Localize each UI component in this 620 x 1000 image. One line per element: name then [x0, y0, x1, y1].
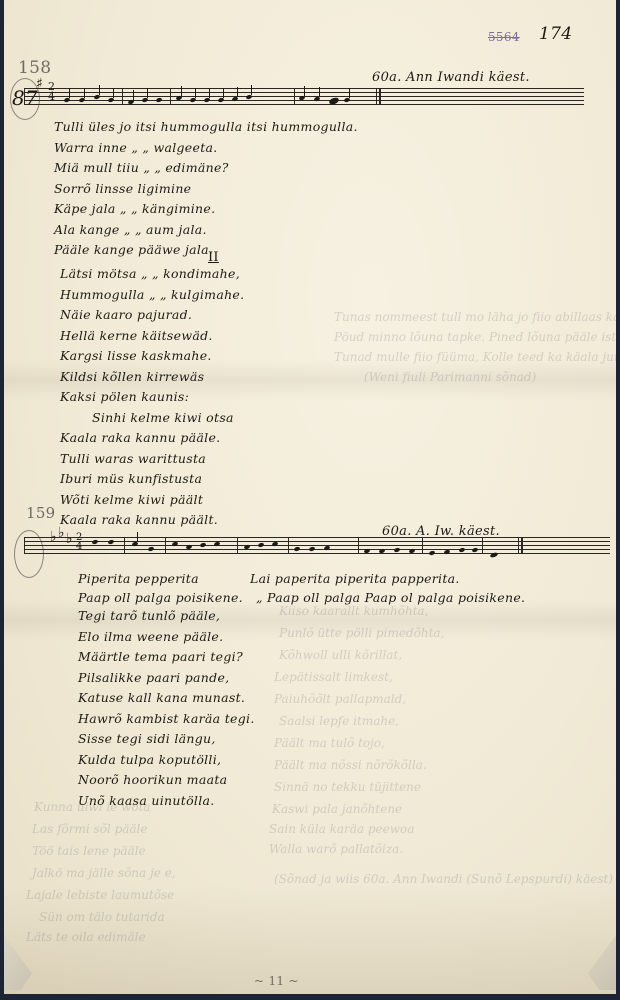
- archive-stamp: 5564: [488, 30, 520, 44]
- refrain-left: Piperita pepperita: [78, 571, 199, 586]
- reverse-side-text: Kaswi pala janõhtene: [272, 802, 402, 816]
- reverse-side-text: Lepätissalt limkest,: [274, 670, 393, 684]
- verse-line: Kildsi kõllen kirrewäs: [60, 367, 244, 388]
- verse-line: Hummogulla „ „ kulgimahe.: [60, 285, 244, 306]
- reverse-side-text: (Weni fiuli Parimanni sõnad): [364, 370, 536, 384]
- reverse-side-text: Las fõrmi sõl pääle: [32, 822, 148, 836]
- bottom-mark: ~ 11 ~: [254, 974, 299, 988]
- verse-line: Määrtle tema paari tegi?: [78, 647, 255, 668]
- archive-number: 158: [18, 58, 51, 78]
- flat-icon: ♭: [50, 529, 57, 545]
- verse-line: Sisse tegi sidi längu,: [78, 729, 255, 750]
- manuscript-page: Tunas nommeest tull mo läha jo fiio abil…: [4, 0, 616, 994]
- verse-line: Paap oll palga poisikene.: [78, 590, 243, 605]
- reverse-side-text: Jalkö ma jälle sõna je e,: [32, 866, 176, 880]
- verse-line: Hellä kerne käitsewäd.: [60, 326, 244, 347]
- verse-line: Katuse kall kana munast.: [78, 688, 255, 709]
- song1-verses-part1: Tulli üles jo itsi hummogulla itsi hummo…: [54, 117, 358, 261]
- verse-line: Tegi tarõ tunlõ pääle,: [78, 606, 255, 627]
- verse-line: Miä mull tiiu „ „ edimäne?: [54, 158, 358, 179]
- verse-line: Iburi müs kunfistusta: [60, 469, 244, 490]
- reverse-side-text: Paiuhõõlt pallapmald,: [274, 692, 406, 706]
- music-staff-1: ♯ 24: [24, 88, 584, 105]
- verse-line: Pääle kange pääwe jala.: [54, 240, 358, 261]
- verse-line: Sorrõ linsse ligimine: [54, 179, 358, 200]
- verse-line: Tulli waras warittusta: [60, 449, 244, 470]
- part-marker: II: [208, 250, 219, 265]
- verse-line: Näie kaaro pajurad.: [60, 305, 244, 326]
- reverse-side-text: Walla warõ pallatõiza.: [269, 842, 403, 856]
- verse-line: Kaala raka kannu päält.: [60, 510, 244, 531]
- time-signature: 24: [76, 533, 83, 551]
- refrain-right: Lai paperita piperita papperita.: [250, 571, 460, 586]
- verse-line: Kargsi lisse kaskmahe.: [60, 346, 244, 367]
- song1-verses-part2: Lätsi mötsa „ „ kondimahe, Hummogulla „ …: [60, 264, 244, 531]
- reverse-side-text: Sinnä no tekku tüjittene: [274, 780, 421, 794]
- reverse-side-text: Pöud minno lõuna tapke. Pined lõuna pääl…: [334, 330, 616, 344]
- verse-line: Kulda tulpa koputölli,: [78, 750, 255, 771]
- reverse-side-text: Sain küla karäa peewoa: [269, 822, 414, 836]
- sharp-icon: ♯: [36, 76, 43, 92]
- verse-line: Elo ilma weene pääle.: [78, 627, 255, 648]
- reverse-side-text: Lajale lebiste laumutõse: [26, 888, 174, 902]
- verse-line: Lätsi mötsa „ „ kondimahe,: [60, 264, 244, 285]
- archive-number: 159: [26, 504, 56, 522]
- reverse-side-text: Tunas nommeest tull mo läha jo fiio abil…: [334, 310, 616, 324]
- reverse-side-text: Kiiso kaarallt kumhõhta,: [279, 604, 428, 618]
- verse-line: Noorõ hoorikun maata: [78, 770, 255, 791]
- verse-line: Kaala raka kannu pääle.: [60, 428, 244, 449]
- page-number: 174: [539, 24, 572, 44]
- verse-line: Sinhi kelme kiwi otsa: [60, 408, 244, 429]
- verse-line: Warra inne „ „ walgeeta.: [54, 138, 358, 159]
- time-signature: 24: [48, 82, 55, 102]
- reverse-side-text: Saalsi lepfe itmahe,: [279, 714, 399, 728]
- verse-line: Käpe jala „ „ kängimine.: [54, 199, 358, 220]
- reverse-side-text: Töö tais lene pääle: [32, 844, 146, 858]
- verse-line: Hawrõ kambist karäa tegi.: [78, 709, 255, 730]
- verse-line: Wõti kelme kiwi päält: [60, 490, 244, 511]
- reverse-side-text: Punlõ ütte pölli pimedõhta,: [279, 626, 444, 640]
- verse-line: Tulli üles jo itsi hummogulla itsi hummo…: [54, 117, 358, 138]
- reverse-side-text: Päält ma tulõ tojo,: [274, 736, 385, 750]
- reverse-side-text: Päält ma nõssi nõrõkõlla.: [274, 758, 427, 772]
- reverse-side-text: Kõhwoll ulli kõrillat,: [279, 648, 402, 662]
- reverse-side-text: Läts te oila edimäle: [26, 930, 146, 944]
- verse-line-crossed: „ Paap oll palga Paap ol palga poisikene…: [256, 590, 525, 605]
- verse-line: Kaksi pölen kaunis:: [60, 387, 244, 408]
- flat-icon: ♭: [58, 525, 65, 541]
- reverse-side-text: Sün om tälo tutarida: [39, 910, 165, 924]
- source-note: 60a. Ann Iwandi käest.: [372, 70, 530, 85]
- reverse-side-text: Tunad mulle fiio füüma, Kolle teed ka kä…: [334, 350, 616, 364]
- verse-line: Ala kange „ „ aum jala.: [54, 220, 358, 241]
- music-staff-2: ♭ ♭ ♭ 24: [24, 537, 610, 554]
- verse-line: Pilsalikke paari pande,: [78, 668, 255, 689]
- reverse-side-text: (Sõnad ja wiis 60a. Ann Iwandi (Sunõ Lep…: [274, 872, 613, 886]
- flat-icon: ♭: [66, 531, 73, 547]
- song2-verses: Tegi tarõ tunlõ pääle, Elo ilma weene pä…: [78, 606, 255, 811]
- verse-line: Unõ kaasa uinutölla.: [78, 791, 255, 812]
